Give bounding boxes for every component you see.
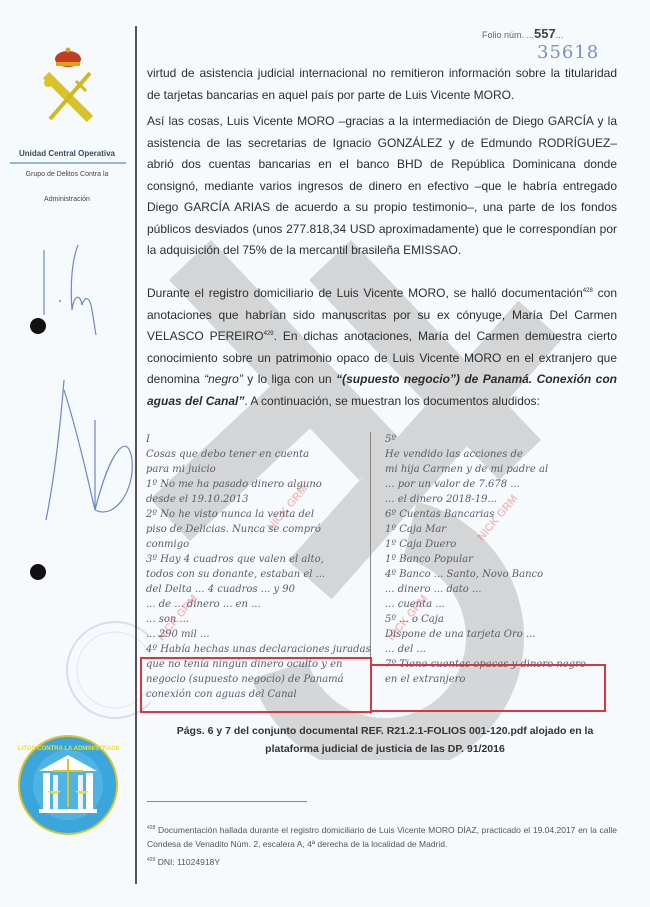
handwritten-line: 3º Hay 4 cuadros que valen el alto,	[146, 552, 368, 567]
handwritten-line: piso de Delicias. Nunca se compró	[146, 522, 368, 537]
unit-divider	[10, 162, 126, 164]
folio-suffix: ...	[556, 30, 564, 40]
handwritten-line: 2º No he visto nunca la venta del	[146, 507, 368, 522]
handwritten-line: ... del ...	[385, 642, 615, 657]
handwritten-line: 4º Había hechas unas declaraciones jurad…	[146, 642, 368, 657]
margin-rule	[135, 26, 137, 884]
handwritten-line: mi hija Carmen y de mi padre al	[385, 462, 615, 477]
handwritten-line: 5º ... o Caja	[385, 612, 615, 627]
paragraph-3: Durante el registro domiciliario de Luis…	[147, 283, 617, 412]
handwritten-document-scan: ICosas que debo tener en cuentapara mi j…	[140, 432, 620, 714]
footnote-ref-428[interactable]: 428	[583, 288, 593, 294]
punch-hole-2	[30, 564, 46, 580]
paragraph-1: virtud de asistencia judicial internacio…	[147, 63, 617, 106]
paragraph-2: Así las cosas, Luis Vicente MORO –gracia…	[147, 111, 617, 262]
handwritten-line: ... 290 mil ...	[146, 627, 368, 642]
handwritten-line: conmigo	[146, 537, 368, 552]
handwritten-line: todos con su donante, estaban el ...	[146, 567, 368, 582]
folio-number: Folio núm. ...557...	[482, 26, 563, 41]
handwritten-line: para mi juicio	[146, 462, 368, 477]
footnote-separator	[147, 801, 307, 802]
handwritten-line: del Delta ... 4 cuadros ... y 90	[146, 582, 368, 597]
figure-caption: Págs. 6 y 7 del conjunto documental REF.…	[150, 722, 620, 758]
delitos-contra-la-administracion-seal-icon: DELITOS CONTRA LA ADMINISTRACIÓN	[17, 733, 119, 837]
footnote-428: 428 Documentación hallada durante el reg…	[147, 821, 617, 851]
unit-subtitle-2: Administración	[8, 196, 126, 203]
folio-value: 557	[534, 26, 556, 41]
unit-title: Unidad Central Operativa	[8, 149, 126, 158]
footnote-429: 429 DNI: 11024918Y	[147, 853, 617, 869]
handwritten-line: 4º Banco ... Santo, Novo Banco	[385, 567, 615, 582]
handwritten-page-number: 35618	[537, 42, 599, 63]
unit-subtitle: Grupo de Delitos Contra la	[8, 171, 126, 178]
punch-hole-1	[30, 318, 46, 334]
handwritten-line: Cosas que debo tener en cuenta	[146, 447, 368, 462]
handwritten-line: desde el 19.10.2013	[146, 492, 368, 507]
handwritten-line: 1º Caja Duero	[385, 537, 615, 552]
scan-right-page: 5ºHe vendido las acciones demi hija Carm…	[385, 432, 615, 687]
handwritten-line: Dispone de una tarjeta Oro ...	[385, 627, 615, 642]
highlight-box-right	[370, 664, 606, 712]
handwritten-line: He vendido las acciones de	[385, 447, 615, 462]
guardia-civil-emblem-icon	[38, 45, 98, 125]
handwritten-line: 1º No me ha pasado dinero alguno	[146, 477, 368, 492]
handwritten-line: ... por un valor de 7.678 ...	[385, 477, 615, 492]
handwritten-line: 1º Banco Popular	[385, 552, 615, 567]
svg-text:DELITOS CONTRA LA ADMINISTRACI: DELITOS CONTRA LA ADMINISTRACIÓN	[17, 744, 119, 752]
handwritten-line: 5º	[385, 432, 615, 447]
signature-2-icon	[40, 370, 140, 530]
folio-label: Folio núm. ...	[482, 30, 534, 40]
handwritten-line: I	[146, 432, 368, 447]
highlight-box-left	[140, 657, 372, 713]
footnote-ref-429[interactable]: 429	[264, 331, 274, 337]
